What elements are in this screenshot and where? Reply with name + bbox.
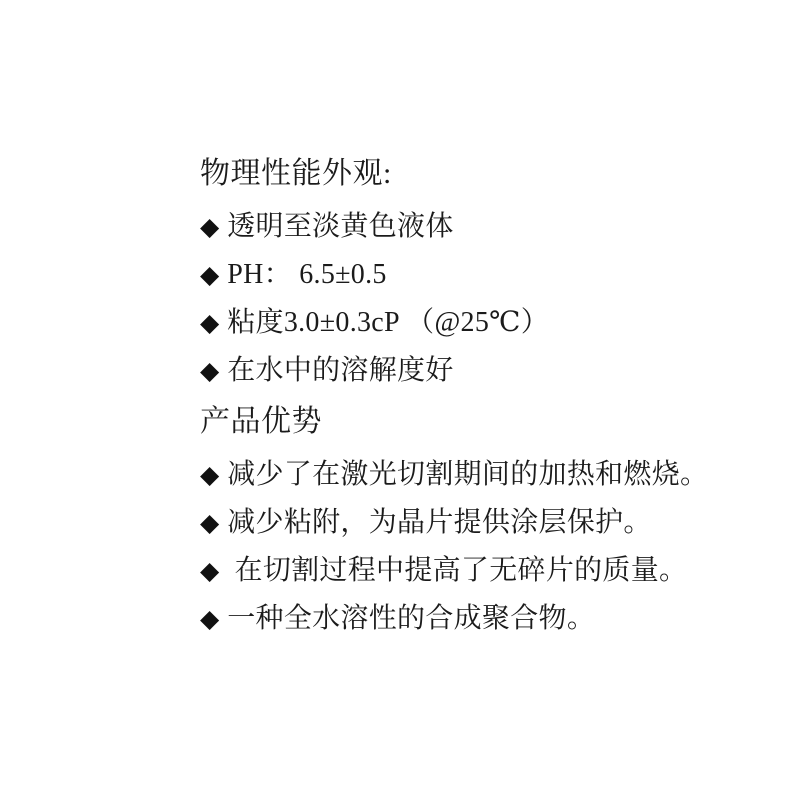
diamond-bullet-icon: ◆: [200, 260, 219, 290]
list-item: ◆在水中的溶解度好: [200, 356, 680, 386]
section-heading-product-advantages: 产品优势: [200, 404, 680, 440]
list-item-text: 在水中的溶解度好: [227, 355, 453, 386]
list-item: ◆ 在切割过程中提高了无碎片的质量。: [200, 556, 680, 586]
diamond-bullet-icon: ◆: [200, 356, 219, 386]
list-item: ◆减少粘附，为晶片提供涂层保护。: [200, 508, 680, 538]
list-item-text: PH： 6.5±0.5: [227, 259, 386, 290]
list-item-text: 减少粘附，为晶片提供涂层保护。: [227, 507, 652, 538]
document-page: 物理性能外观: ◆透明至淡黄色液体 ◆PH： 6.5±0.5 ◆粘度3.0±0.…: [0, 0, 800, 800]
list-item: ◆粘度3.0±0.3cP （@25℃）: [200, 308, 680, 338]
list-item-text: 透明至淡黄色液体: [227, 211, 453, 242]
diamond-bullet-icon: ◆: [200, 212, 219, 242]
list-item-text: 减少了在激光切割期间的加热和燃烧。: [227, 459, 708, 490]
diamond-bullet-icon: ◆: [200, 508, 219, 538]
diamond-bullet-icon: ◆: [200, 460, 219, 490]
list-item: ◆减少了在激光切割期间的加热和燃烧。: [200, 460, 680, 490]
diamond-bullet-icon: ◆: [200, 604, 219, 634]
list-item-text: 一种全水溶性的合成聚合物。: [227, 603, 595, 634]
list-item-text: 在切割过程中提高了无碎片的质量。: [227, 555, 687, 586]
list-item: ◆透明至淡黄色液体: [200, 212, 680, 242]
list-item: ◆一种全水溶性的合成聚合物。: [200, 604, 680, 634]
list-item-text: 粘度3.0±0.3cP （@25℃）: [227, 307, 549, 338]
list-item: ◆PH： 6.5±0.5: [200, 260, 680, 290]
document-content: 物理性能外观: ◆透明至淡黄色液体 ◆PH： 6.5±0.5 ◆粘度3.0±0.…: [200, 156, 680, 652]
section-heading-physical-properties: 物理性能外观:: [200, 156, 680, 192]
diamond-bullet-icon: ◆: [200, 556, 219, 586]
diamond-bullet-icon: ◆: [200, 308, 219, 338]
